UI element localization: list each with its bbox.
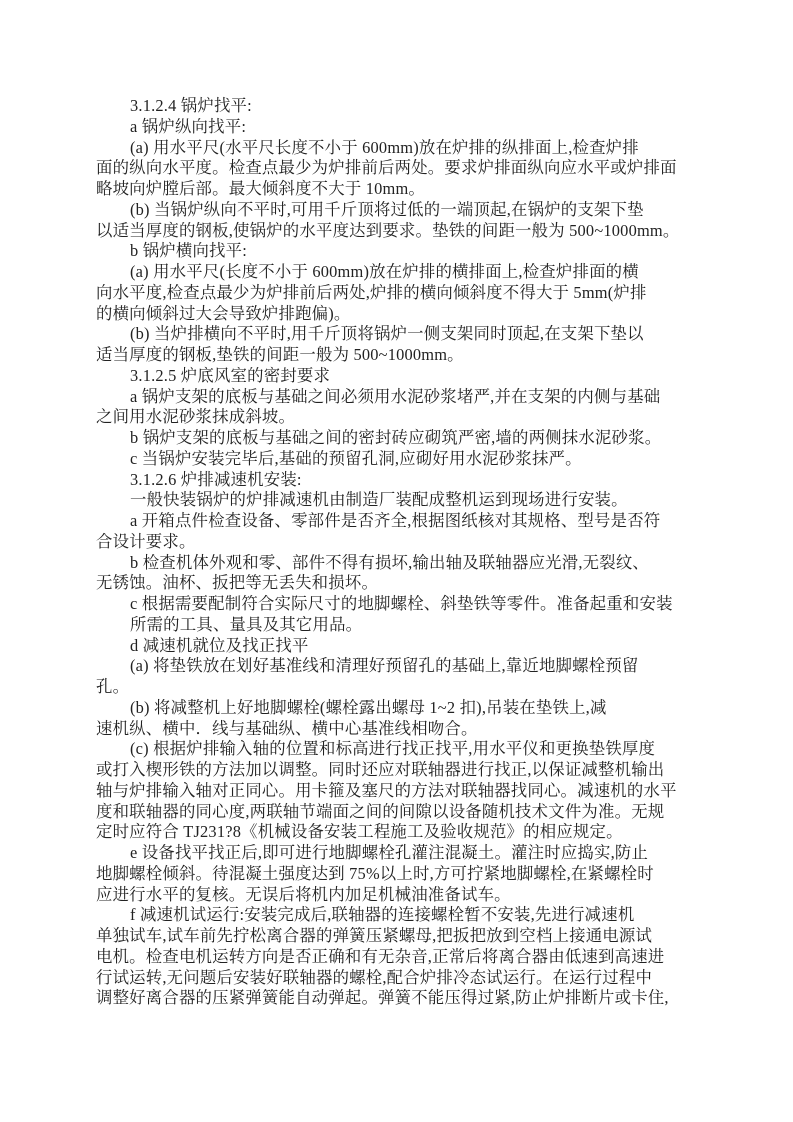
text-line: 调整好离合器的压紧弹簧能自动弹起。弹簧不能压得过紧,防止炉排断片或卡住, — [96, 988, 708, 1009]
text-line: 3.1.2.6 炉排减速机安装: — [96, 470, 708, 491]
document-body: 3.1.2.4 锅炉找平:a 锅炉纵向找平:(a) 用水平尺(水平尺长度不小于 … — [96, 96, 708, 1009]
text-line: a 开箱点件检查设备、零部件是否齐全,根据图纸核对其规格、型号是否符 — [96, 511, 708, 532]
text-line: 向水平度,检查点最少为炉排前后两处,炉排的横向倾斜度不得大于 5mm(炉排 — [96, 283, 708, 304]
text-line: b 锅炉支架的底板与基础之间的密封砖应砌筑严密,墙的两侧抹水泥砂浆。 — [96, 428, 708, 449]
text-line: c 当锅炉安装完毕后,基础的预留孔洞,应砌好用水泥砂浆抹严。 — [96, 449, 708, 470]
text-line: (b) 当锅炉纵向不平时,可用千斤顶将过低的一端顶起,在锅炉的支架下垫 — [96, 200, 708, 221]
text-line: 一般快装锅炉的炉排减速机由制造厂装配成整机运到现场进行安装。 — [96, 490, 708, 511]
text-line: 之间用水泥砂浆抹成斜坡。 — [96, 407, 708, 428]
text-line: 3.1.2.4 锅炉找平: — [96, 96, 708, 117]
text-line: 轴与炉排输入轴对正同心。用卡箍及塞尺的方法对联轴器找同心。减速机的水平 — [96, 781, 708, 802]
text-line: (a) 用水平尺(长度不小于 600mm)放在炉排的横排面上,检查炉排面的横 — [96, 262, 708, 283]
text-line: (a) 用水平尺(水平尺长度不小于 600mm)放在炉排的纵排面上,检查炉排 — [96, 138, 708, 159]
text-line: 单独试车,试车前先拧松离合器的弹簧压紧螺母,把扳把放到空档上接通电源试 — [96, 926, 708, 947]
text-line: (c) 根据炉排输入轴的位置和标高进行找正找平,用水平仪和更换垫铁厚度 — [96, 739, 708, 760]
text-line: (b) 将减整机上好地脚螺栓(螺栓露出螺母 1~2 扣),吊装在垫铁上,减 — [96, 698, 708, 719]
text-line: 速机纵、横中．线与基础纵、横中心基准线相吻合。 — [96, 719, 708, 740]
text-line: 应进行水平的复核。无误后将机内加足机械油准备试车。 — [96, 885, 708, 906]
text-line: 适当厚度的钢板,垫铁的间距一般为 500~1000mm。 — [96, 345, 708, 366]
text-line: (a) 将垫铁放在划好基准线和清理好预留孔的基础上,靠近地脚螺栓预留 — [96, 656, 708, 677]
text-line: 无锈蚀。油杯、扳把等无丢失和损坏。 — [96, 573, 708, 594]
text-line: 度和联轴器的同心度,两联轴节端面之间的间隙以设备随机技术文件为准。无规 — [96, 802, 708, 823]
text-line: c 根据需要配制符合实际尺寸的地脚螺栓、斜垫铁等零件。准备起重和安装 — [96, 594, 708, 615]
text-line: 3.1.2.5 炉底风室的密封要求 — [96, 366, 708, 387]
text-line: 所需的工具、量具及其它用品。 — [96, 615, 708, 636]
text-line: 行试运转,无问题后安装好联轴器的螺栓,配合炉排冷态试运行。在运行过程中 — [96, 968, 708, 989]
text-line: e 设备找平找正后,即可进行地脚螺栓孔灌注混凝土。灌注时应捣实,防止 — [96, 843, 708, 864]
text-line: b 锅炉横向找平: — [96, 241, 708, 262]
document-page: 3.1.2.4 锅炉找平:a 锅炉纵向找平:(a) 用水平尺(水平尺长度不小于 … — [0, 0, 793, 1122]
text-line: 地脚螺栓倾斜。待混凝土强度达到 75%以上时,方可拧紧地脚螺栓,在紧螺栓时 — [96, 864, 708, 885]
text-line: 的横向倾斜过大会导致炉排跑偏)。 — [96, 304, 708, 325]
text-line: 电机。检查电机运转方向是否正确和有无杂音,正常后将离合器由低速到高速进 — [96, 947, 708, 968]
text-line: b 检查机体外观和零、部件不得有损坏,输出轴及联轴器应光滑,无裂纹、 — [96, 553, 708, 574]
text-line: 或打入楔形铁的方法加以调整。同时还应对联轴器进行找正,以保证减整机输出 — [96, 760, 708, 781]
text-line: (b) 当炉排横向不平时,用千斤顶将锅炉一侧支架同时顶起,在支架下垫以 — [96, 324, 708, 345]
text-line: 定时应符合 TJ231?8《机械设备安装工程施工及验收规范》的相应规定。 — [96, 822, 708, 843]
text-line: d 减速机就位及找正找平 — [96, 636, 708, 657]
text-line: 略坡向炉膛后部。最大倾斜度不大于 10mm。 — [96, 179, 708, 200]
text-line: 孔。 — [96, 677, 708, 698]
text-line: 以适当厚度的钢板,使锅炉的水平度达到要求。垫铁的间距一般为 500~1000mm… — [96, 221, 708, 242]
text-line: a 锅炉纵向找平: — [96, 117, 708, 138]
text-line: 合设计要求。 — [96, 532, 708, 553]
text-line: a 锅炉支架的底板与基础之间必须用水泥砂浆堵严,并在支架的内侧与基础 — [96, 387, 708, 408]
text-line: 面的纵向水平度。检查点最少为炉排前后两处。要求炉排面纵向应水平或炉排面 — [96, 158, 708, 179]
text-line: f 减速机试运行:安装完成后,联轴器的连接螺栓暂不安装,先进行减速机 — [96, 905, 708, 926]
